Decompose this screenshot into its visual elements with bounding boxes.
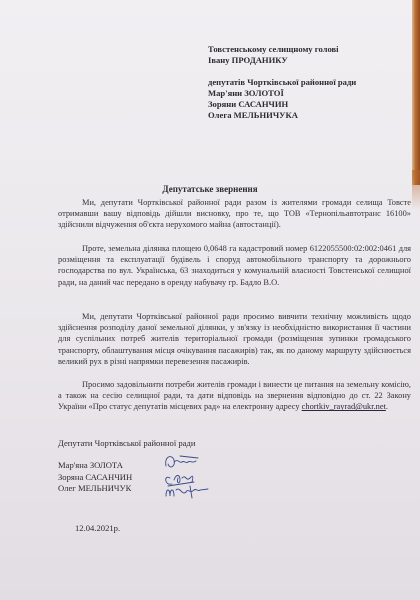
document-date: 12.04.2021р. xyxy=(75,523,120,533)
signers-header: Депутати Чортківської районної ради xyxy=(58,438,195,448)
paragraph-3: Ми, депутати Чортківської районної ради … xyxy=(58,311,411,367)
signer-name: Олег МЕЛЬНИЧУК xyxy=(58,483,132,495)
addressee-block: Товстенському селищному голові Івану ПРО… xyxy=(208,44,356,121)
addressee-line: Івану ПРОДАНИКУ xyxy=(208,55,356,66)
email-link[interactable]: chortkiv_rayrad@ukr.net xyxy=(302,402,386,411)
paragraph-2: Проте, земельна ділянка площею 0,0648 га… xyxy=(58,243,411,288)
wooden-table-edge xyxy=(412,0,420,185)
handwritten-signatures-icon xyxy=(160,452,250,500)
document-title: Депутатське звернення xyxy=(0,184,420,194)
addressee-line: Товстенському селищному голові xyxy=(208,44,356,55)
signer-name: Мар'яна ЗОЛОТА xyxy=(58,460,132,472)
sender-line: Олега МЕЛЬНИЧУКА xyxy=(208,110,356,121)
sender-line: Зоряни САСАНЧИН xyxy=(208,99,356,110)
sender-line: Мар'яни ЗОЛОТОЇ xyxy=(208,88,356,99)
paragraph-1: Ми, депутати Чортківської районної ради … xyxy=(58,197,411,231)
signers-list: Мар'яна ЗОЛОТА Зоряна САСАНЧИН Олег МЕЛЬ… xyxy=(58,460,132,495)
paragraph-4: Просимо задовільнити потреби жителів гро… xyxy=(58,379,411,413)
sender-line: депутатів Чортківської районної ради xyxy=(208,77,356,88)
signer-name: Зоряна САСАНЧИН xyxy=(58,472,132,484)
